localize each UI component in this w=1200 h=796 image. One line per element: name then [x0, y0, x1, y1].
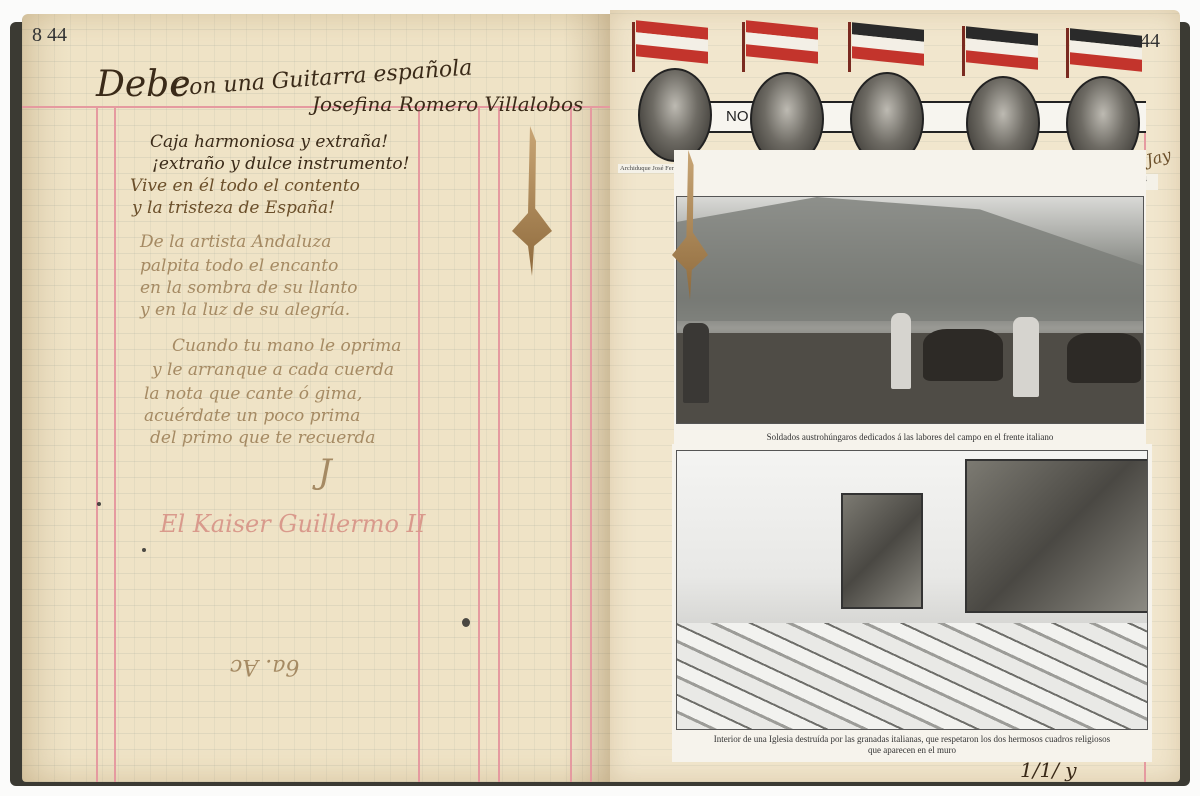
german-empire-flag-icon — [966, 26, 1038, 70]
poem-line: y le arranque a cada cuerda — [152, 360, 394, 380]
flag-pole — [632, 22, 635, 72]
photo-rubble — [677, 623, 1147, 729]
photo-caption-bottom-line1: Interior de una Iglesia destruída por la… — [672, 734, 1152, 744]
poem-line: Vive en él todo el contento — [130, 176, 360, 196]
red-pencil-note: El Kaiser Guillermo II — [160, 510, 426, 538]
newspaper-clipping-church: Interior de una Iglesia destruída por la… — [672, 444, 1152, 762]
photo-painting-left — [841, 493, 923, 609]
photo-ox — [923, 329, 1003, 381]
ledger-column-rule — [570, 106, 572, 782]
ledger-column-rule — [498, 106, 500, 782]
photo-caption-bottom-line2: que aparecen en el muro — [672, 745, 1152, 755]
flag-pole — [848, 22, 851, 72]
poem-line: acuérdate un poco prima — [144, 406, 360, 426]
poem-line: palpita todo el encanto — [140, 256, 338, 276]
photo-mountain — [677, 197, 1143, 321]
poem-line: Cuando tu mano le oprima — [172, 336, 401, 356]
paper-tear — [512, 126, 552, 276]
ledger-column-rule — [418, 106, 420, 782]
margin-scrawl: Jay — [1144, 145, 1173, 170]
poem-line: De la artista Andaluza — [140, 232, 331, 252]
right-page-number: 44 — [1140, 30, 1160, 53]
photo-soldier — [891, 313, 911, 389]
photo-painting-right — [965, 459, 1148, 613]
poem-line: del primo que te recuerda — [150, 428, 375, 448]
signature: J — [318, 452, 332, 492]
banner-fragment: NO — [726, 108, 749, 125]
german-empire-flag-icon — [852, 22, 924, 66]
poem-line: Caja harmoniosa y extraña! — [150, 132, 388, 152]
newspaper-clipping-field: Soldados austrohúngaros dedicados á las … — [674, 150, 1146, 448]
photo-soldier — [1013, 317, 1039, 397]
photo-soldier — [683, 323, 709, 403]
flag-pole — [1066, 28, 1069, 78]
photo-destroyed-church — [676, 450, 1148, 730]
flag-pole — [962, 26, 965, 76]
ledger-column-rule — [590, 106, 592, 782]
austria-hungary-flag-icon — [636, 20, 708, 64]
photo-caption-top: Soldados austrohúngaros dedicados á las … — [674, 432, 1146, 442]
poem-line: la nota que cante ó gima, — [144, 384, 362, 404]
ledger-column-rule — [478, 106, 480, 782]
ledger-column-rule — [96, 106, 98, 782]
poem-line: y en la luz de su alegría. — [140, 300, 350, 320]
poem-line: en la sombra de su llanto — [140, 278, 357, 298]
left-page: 8 44 Debe Con una Guitarra española Jose… — [22, 14, 610, 782]
poem-line: ¡extraño y dulce instrumento! — [152, 154, 409, 174]
bottom-scrawl: 1/1/ y — [1020, 758, 1077, 782]
ink-spot — [142, 548, 146, 552]
austria-hungary-flag-icon — [746, 20, 818, 64]
photo-soldiers-plowing — [676, 196, 1144, 424]
portrait-archduke — [638, 68, 712, 162]
ledger-column-rule — [114, 106, 116, 782]
ink-spot — [462, 618, 470, 627]
upside-down-note: 6a. Ac — [230, 654, 299, 679]
ink-spot — [97, 502, 101, 506]
photo-ox — [1067, 333, 1141, 383]
german-empire-flag-icon — [1070, 28, 1142, 72]
poem-author: Josefina Romero Villalobos — [312, 92, 583, 116]
flag-pole — [742, 22, 745, 72]
right-page: 44 NO G EL ILIA Archiduque José Fernando… — [610, 10, 1180, 782]
poem-line: y la tristeza de España! — [132, 198, 335, 218]
left-page-number: 8 44 — [32, 24, 67, 47]
